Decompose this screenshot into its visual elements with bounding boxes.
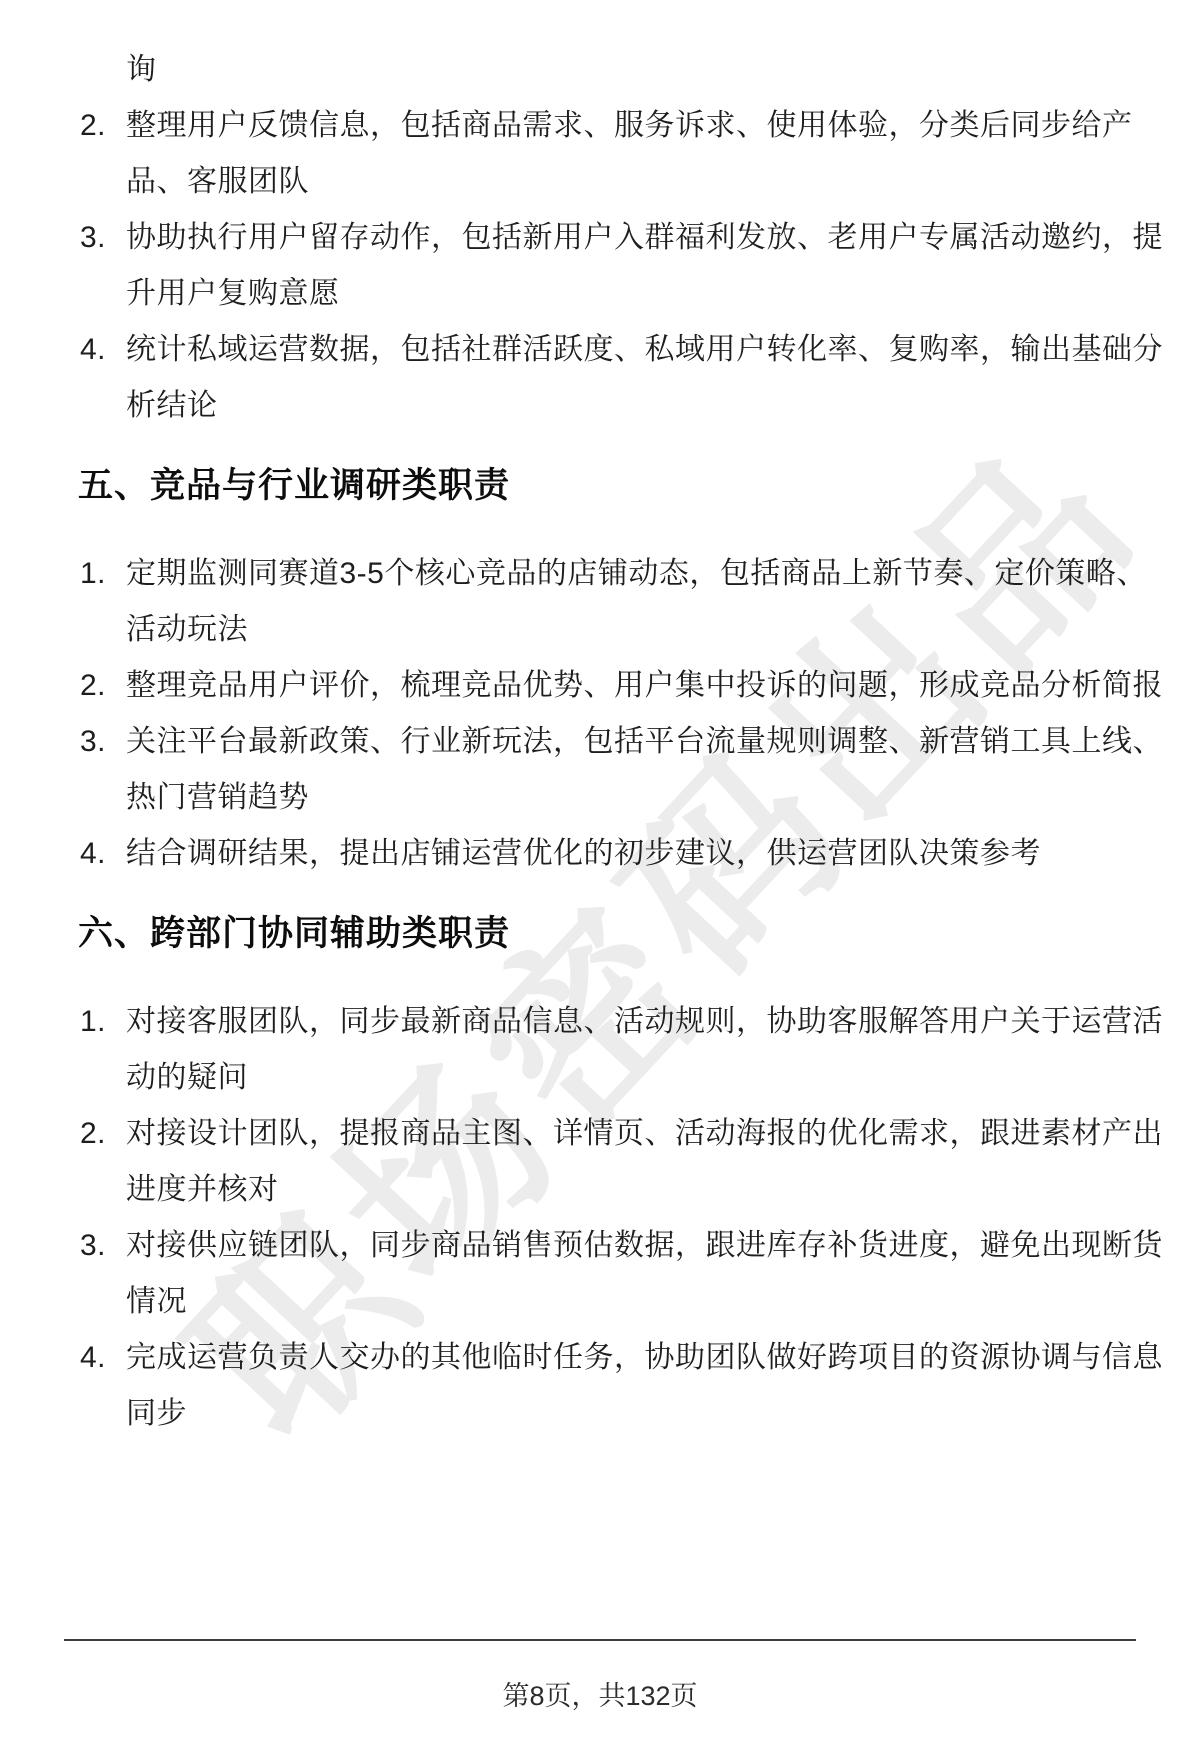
list-item: 1.对接客服团队，同步最新商品信息、活动规则，协助客服解答用户关于运营活 动的疑… (78, 994, 1170, 1106)
list-item: 3.关注平台最新政策、行业新玩法，包括平台流量规则调整、新营销工具上线、 热门营… (78, 714, 1170, 826)
item-text: 对接设计团队，提报商品主图、详情页、活动海报的优化需求，跟进素材产出 进度并核对 (126, 1106, 1170, 1218)
list-item: 2.整理用户反馈信息，包括商品需求、服务诉求、使用体验，分类后同步给产 品、客服… (78, 98, 1170, 210)
list-item: 3.对接供应链团队，同步商品销售预估数据，跟进库存补货进度，避免出现断货 情况 (78, 1218, 1170, 1330)
item-number: 1. (78, 546, 126, 602)
list-item: 4.完成运营负责人交办的其他临时任务，协助团队做好跨项目的资源协调与信息 同步 (78, 1330, 1170, 1442)
page-number-footer: 第8页，共132页 (0, 1674, 1200, 1718)
item-text: 对接供应链团队，同步商品销售预估数据，跟进库存补货进度，避免出现断货 情况 (126, 1218, 1170, 1330)
item-text: 统计私域运营数据，包括社群活跃度、私域用户转化率、复购率，输出基础分 析结论 (126, 322, 1170, 434)
item-text: 协助执行用户留存动作，包括新用户入群福利发放、老用户专属活动邀约，提 升用户复购… (126, 210, 1170, 322)
item-number: 4. (78, 1330, 126, 1386)
item-number: 2. (78, 98, 126, 154)
item-number: 4. (78, 322, 126, 378)
section-heading: 五、竞品与行业调研类职责 (78, 458, 1170, 514)
item-number: 3. (78, 210, 126, 266)
item-number: 1. (78, 994, 126, 1050)
footer-divider (64, 1639, 1136, 1641)
item-text: 结合调研结果，提出店铺运营优化的初步建议，供运营团队决策参考 (126, 826, 1170, 882)
item-number: 2. (78, 658, 126, 714)
item-text: 对接客服团队，同步最新商品信息、活动规则，协助客服解答用户关于运营活 动的疑问 (126, 994, 1170, 1106)
list-item: 2.对接设计团队，提报商品主图、详情页、活动海报的优化需求，跟进素材产出 进度并… (78, 1106, 1170, 1218)
item-number: 2. (78, 1106, 126, 1162)
list-item: 3.协助执行用户留存动作，包括新用户入群福利发放、老用户专属活动邀约，提 升用户… (78, 210, 1170, 322)
item-number: 3. (78, 714, 126, 770)
section-heading: 六、跨部门协同辅助类职责 (78, 906, 1170, 962)
item-number: 4. (78, 826, 126, 882)
item-number: 3. (78, 1218, 126, 1274)
continuation-line: 询 (78, 42, 1170, 98)
document-body: 询 2.整理用户反馈信息，包括商品需求、服务诉求、使用体验，分类后同步给产 品、… (0, 0, 1200, 1442)
item-text: 定期监测同赛道3-5个核心竞品的店铺动态，包括商品上新节奏、定价策略、 活动玩法 (126, 546, 1170, 658)
sections-container: 2.整理用户反馈信息，包括商品需求、服务诉求、使用体验，分类后同步给产 品、客服… (78, 98, 1170, 1442)
list-item: 1.定期监测同赛道3-5个核心竞品的店铺动态，包括商品上新节奏、定价策略、 活动… (78, 546, 1170, 658)
item-text: 询 (126, 42, 1170, 98)
item-text: 整理用户反馈信息，包括商品需求、服务诉求、使用体验，分类后同步给产 品、客服团队 (126, 98, 1170, 210)
list-item: 4.结合调研结果，提出店铺运营优化的初步建议，供运营团队决策参考 (78, 826, 1170, 882)
item-text: 完成运营负责人交办的其他临时任务，协助团队做好跨项目的资源协调与信息 同步 (126, 1330, 1170, 1442)
list-item: 4.统计私域运营数据，包括社群活跃度、私域用户转化率、复购率，输出基础分 析结论 (78, 322, 1170, 434)
item-text: 整理竞品用户评价，梳理竞品优势、用户集中投诉的问题，形成竞品分析简报 (126, 658, 1170, 714)
item-text: 关注平台最新政策、行业新玩法，包括平台流量规则调整、新营销工具上线、 热门营销趋… (126, 714, 1170, 826)
list-item: 2.整理竞品用户评价，梳理竞品优势、用户集中投诉的问题，形成竞品分析简报 (78, 658, 1170, 714)
